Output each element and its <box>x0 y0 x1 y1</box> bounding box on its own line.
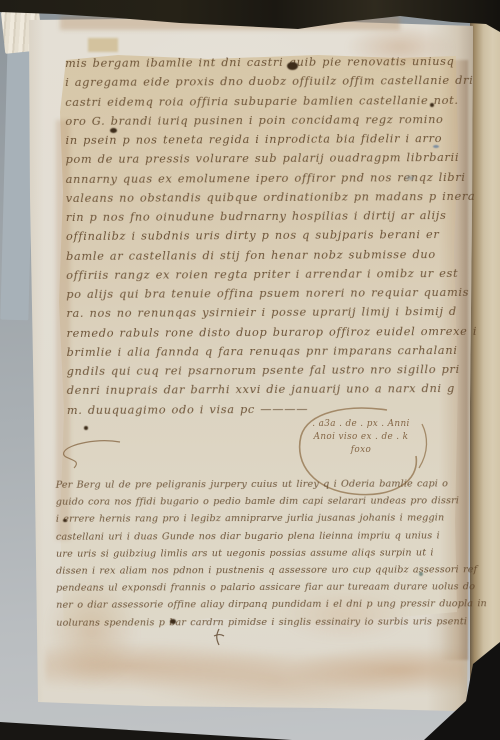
manuscript-line: castri eidemq roia offiria subuparie bam… <box>65 93 449 114</box>
annotation-line: foxo <box>300 445 422 458</box>
manuscript-line: i agregama eide proxis dno duobz offiuil… <box>65 74 449 95</box>
manuscript-line: gndils qui cuq rei psarnorum psente fal … <box>67 363 451 384</box>
ink-speck <box>430 103 434 107</box>
annotation-line: . a3a . de . px . Anni <box>300 419 422 432</box>
manuscript-line: pom de ura pressis volurare sub palarij … <box>66 151 450 172</box>
archival-circle-annotation: . a3a . de . px . Anni Anoi viso ex . de… <box>300 419 422 457</box>
manuscript-line: oro G. brandi iuriq pusinen i poin conci… <box>65 113 449 134</box>
text-block-2: Per Berg ul de pre peligranis jurpery cu… <box>56 478 463 634</box>
manuscript-line: po alijs qui bra tenuie offina psuem nor… <box>66 286 450 307</box>
manuscript-line: valeans no obstandis quibque ordinationi… <box>66 190 450 211</box>
ink-blot <box>287 62 298 70</box>
annotation-line: Anoi viso ex . de . k <box>300 432 422 445</box>
trailing-mark-icon <box>210 627 228 649</box>
manuscript-line: ra. nos no renunqas ysirnieir i posse up… <box>66 305 450 326</box>
text-block-1: mis bergam ibamlie int dni castri quib p… <box>65 55 451 423</box>
manuscript-line: rin p nos fno oinudune budrnarny hospili… <box>66 209 450 230</box>
manuscript-line: ure uris si guibziug limlis ars ut uegon… <box>56 547 462 566</box>
ink-blot <box>110 128 117 133</box>
manuscript-line: brimlie i alia fannda q fara renuqas pnr… <box>67 344 451 365</box>
manuscript-line: Per Berg ul de pre peligranis jurpery cu… <box>56 478 462 497</box>
manuscript-line: annarny quas ex emolumene ipero offiror … <box>66 170 450 191</box>
facing-folio-edge <box>470 12 500 732</box>
ink-speck <box>84 426 88 430</box>
manuscript-line: in psein p nos teneta regida i inprodict… <box>65 132 449 153</box>
manuscript-line: dissen i rex aliam nos pdnon i pustnenis… <box>56 564 462 583</box>
manuscript-line: pendeans ul exponsdi frannis o palario a… <box>56 581 462 600</box>
manuscript-line: mis bergam ibamlie int dni castri quib p… <box>65 55 449 76</box>
pen-flourish-icon <box>58 438 128 474</box>
manuscript-line: uolurans spendenis p bar cardrn pimidse … <box>56 616 462 635</box>
manuscript-photo: mis bergam ibamlie int dni castri quib p… <box>0 0 500 740</box>
ink-speck <box>63 519 67 522</box>
manuscript-line: guido cora nos ffidi bugario o pedio bam… <box>56 495 462 514</box>
manuscript-line: castellani uri i duas Gunde nos diar bug… <box>56 530 462 549</box>
manuscript-line: denri inuprais dar barrhi xxvi die janua… <box>67 382 451 403</box>
ink-blot <box>170 619 176 624</box>
ink-speck <box>419 572 423 576</box>
ink-speck <box>433 145 439 148</box>
manuscript-line: offiriis rangz ex roien regta priter i a… <box>66 267 450 288</box>
ink-speck <box>406 176 414 180</box>
manuscript-line: offinalibz i subdnis uris dirty p nos q … <box>66 228 450 249</box>
manuscript-line: remedo rabuls rone disto duop burarop of… <box>66 324 450 345</box>
manuscript-line: ner o diar assessorie offine aliay dirpa… <box>56 599 462 618</box>
manuscript-line: bamle ar castellanis di stij fon henar n… <box>66 247 450 268</box>
manuscript-line: i errere hernis rang pro i legibz amnipr… <box>56 513 462 532</box>
